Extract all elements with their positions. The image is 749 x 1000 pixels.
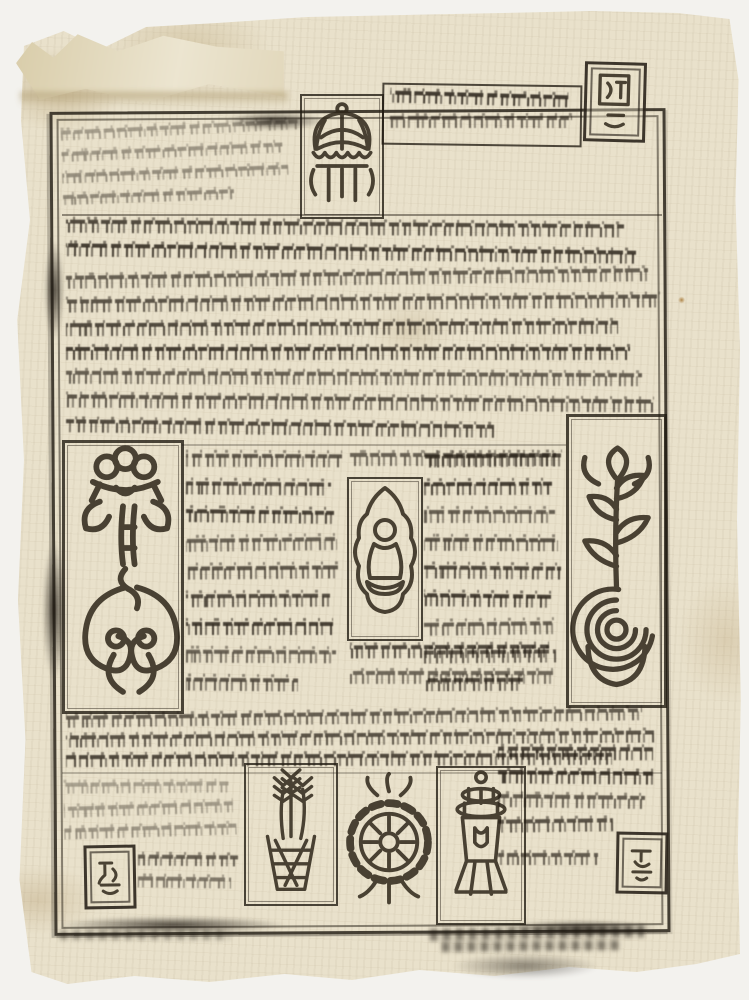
script-text: བདེན་ཚིག་གྲུབ་པའི་མཐུ། <box>186 505 334 524</box>
text-line: གྲོལ་ཞིང་བདེ་བ་དང་ལྡན། <box>186 590 330 608</box>
bottom-right-last-line: བ་ཀྲུ་ས། <box>498 850 604 865</box>
text-line: སྡེ་བཀླགས་པའི་བསོད་ནམས། <box>424 534 558 552</box>
script-text: བཀྲ་ཤིས་པའི་ཚེ་རིང་རྣམ་རྒྱལ་དབང་། <box>61 139 283 162</box>
scanned-manuscript-page: མ་པ་ཀ་ལུ་སྨུ་རད་མུད་རྨི། བེ་ར་ཧུ་ཏ་ད།ཕ་ཚ… <box>0 0 749 1000</box>
script-text: ཕྱོགས་བཅུའི་སངས་རྒྱས་བྱང་སེམས་ཐམས་ཅད་ཀྱི… <box>66 391 654 412</box>
header-title-box: མ་པ་ཀ་ལུ་སྨུ་རད་མུད་རྨི། བེ་ར་ཧུ་ཏ་ད།ཕ་ཚ… <box>382 83 583 148</box>
seal-text: དགེ <box>619 835 666 892</box>
script-text: ཨོཾ་ཨ་མ་ར་ཎི་ཛཱི་ཝན྄་ཏི་ཡེ། <box>424 449 562 467</box>
text-line: ཨོཾ་ཨ་མ་ར་ཎི་ཛཱི་ཝན྄་ཏི་ཡེ། <box>424 449 562 467</box>
top-main-text-block: ཡ་ཧང་གིས་སྨན་བླ་བདེ་གཤེགས་བདུན་གྱི་མཚན་བ… <box>66 219 660 444</box>
script-text: ཅིང་མཆོད་པ་ཕུལ་བས་ནད་གདོན་བར་ཆད་ཐམས་ཅད་ཞ… <box>66 240 636 263</box>
script-text: དཔག་ཏུ་མེད་པའི་མདོ། <box>424 506 555 523</box>
text-line: པར་ས་བར་ཁར་ར་ཡ་པ། ཡ་པ་ཧ་ཀ་ཞེ། <box>498 744 653 761</box>
script-text: བྱད་ཁ་ཕུར་ཁ་ཞི་བར་བྱེད། <box>64 820 237 839</box>
left-lotus-panel <box>62 440 184 714</box>
top-right-seal: ཤྲི <box>583 61 647 143</box>
rosette-medallion-icon <box>338 770 440 916</box>
script-text: དཔལ་འབྱོར་རླུང་རྟ་ཐམས་ཅད་ཡར་ངོའི་ཟླ་བཞིན… <box>66 344 630 360</box>
deity-figure-panel <box>347 477 423 641</box>
text-line: མ་པ་ཀ་ལུ་སྨུ་རད་མུད་རྨི། བེ་ར་ཧུ་ཏ་ད། <box>390 88 569 108</box>
horizontal-rule <box>182 444 566 446</box>
bottom-left-seal: ཕུར <box>83 845 136 910</box>
text-line: ཐམས་ཅད་སྡུག་བསྔལ་ལས། <box>186 561 341 579</box>
script-text: ཕྱོགས་ལས་རྣམ་པར་རྒྱལ། <box>424 645 557 663</box>
ink-smudge <box>442 940 620 952</box>
fold-crease-shadow <box>20 92 288 106</box>
wheat-sheaf-panel <box>244 763 338 906</box>
script-text: སྤྱི་ལོ་བཅུ་ཕྲག་ཀུན་ཏུ་བདེ་ལེགས་སུ་གནས་ཤ… <box>66 705 642 728</box>
script-text: རླུང་རྟ་དར་ཞིང་རྒྱས་པ། <box>424 617 554 636</box>
ink-blotch <box>44 240 64 340</box>
text-line: ཡ་ཧང་གིས་སྨན་བླ་བདེ་གཤེགས་བདུན་གྱི་མཚན་བ… <box>66 217 624 238</box>
script-text: ཐར་སྨུད་སྨུ་ར་བྲིན་ཡ་ར་རྒྱ་ཡུ་ཧ། ཕ། <box>498 791 645 809</box>
text-line: དཔལ་འབྱོར་རླུང་རྟ་ཐམས་ཅད་ཡར་ངོའི་ཟླ་བཞིན… <box>66 344 630 360</box>
script-text: གྲུབ་པའི་དངོས་གྲུབ་ཐོབ་པར་ཤོག <box>63 186 235 205</box>
text-line: ཕྱུག་དཔལ་འབྱོར་རྒྱས་པའི་མཐུ་ལས། <box>62 162 288 184</box>
seal-glyph-icon <box>93 854 128 901</box>
script-text: ཐུགས་རྗེའི་བྱིན་རླབས་དང་། <box>186 477 331 495</box>
script-text: ཨོཾ་མ་ཎི་པདྨེ་ཧཱུྃ་ཧྲཱིཿ ཨོཾ་ཨཱཿཧཱུྃ་བཛྲ… <box>66 265 648 289</box>
wheat-sheaf-icon <box>246 765 336 904</box>
bottom-left-text-block: སྲུང་བའི་འཁོར་ལོ་འདི་ཉིད།སྒོ་ཁང་གནས་སུ་བ… <box>63 777 240 847</box>
script-text: བཀྲ་ཤིས་དཔལ་འབར་ཤོག <box>424 674 523 691</box>
text-line: ཨོཾ་མ་ཎི་པདྨེ་ཧཱུྃ་ཧྲཱིཿ ཨོཾ་ཨཱཿཧཱུྃ་བཛྲ… <box>66 265 648 289</box>
script-text: ནད་མུག་འཁྲུགས་རྩོད་ཐམས་ཅད་ཞི་ནས་ལོ་ལེགས་… <box>66 368 642 387</box>
text-line: འཕགས་པ་འཇམ་དཔལ་གཞོན་ནུར་གྱུར་པ་ལ་ཕྱག་འཚལ… <box>66 291 660 312</box>
script-text: ལ་ཡ་ཕ་རེ་རི་ཀ་ཉིད་པ་ད་ཧ་མ་ཀྱི་ས་ཚེ། <box>498 767 657 784</box>
text-line: བཀྲ་ཤིས་བདེ་ལེགས་ཤོག <box>186 674 298 692</box>
script-text: པད་མོ་འཛིན་དཀའ། <box>138 852 238 867</box>
lotus-flower-icon <box>65 443 181 711</box>
text-line: བྱད་ཁ་ཕུར་ཁ་ཞི་བར་བྱེད། <box>64 820 237 839</box>
script-text: ཕྱུག་དཔལ་འབྱོར་རྒྱས་པའི་མཐུ་ལས། <box>62 162 288 184</box>
script-text: སྒོ་ཁང་གནས་སུ་བཞག་ན། <box>64 798 233 818</box>
text-line: ཕྱོགས་བཅུའི་སངས་རྒྱས་བྱང་སེམས་ཐམས་ཅད་ཀྱི… <box>66 391 654 412</box>
text-line: ཕ་ཚེ་ཚིལ་ག་ནི་བླ་མ་ཏ་ཧུ་རིའུ་ཝེད་ལས་སཾ <box>390 113 572 128</box>
text-line: ཅིང་མཆོད་པ་ཕུལ་བས་ནད་གདོན་བར་ཆད་ཐམས་ཅད་ཞ… <box>66 240 636 263</box>
text-line: འདི་བདེན་པའི་མཐུ་ལས་བདག་ཅག་དཔོན་སློབ་འཁོ… <box>66 318 618 336</box>
text-line: རླུང་རྟ་དར་ཞིང་རྒྱས་པ། <box>424 617 554 636</box>
text-line: ཨ་ཕུར་ཞི། <box>138 873 231 888</box>
text-line: བདེན་ཚིག་གྲུབ་པའི་མཐུ། <box>186 505 334 524</box>
script-text: འདི་བདེན་པའི་མཐུ་ལས་བདག་ཅག་དཔོན་སློབ་འཁོ… <box>66 318 618 336</box>
upper-left-text-block: ན་མོ་གུ་རུ་བྷྱཿ་བླ་མ་དམ་པ་རྣམས་ལ།བཀྲ་ཤིས… <box>61 118 302 214</box>
script-text: བསམ་པའི་དོན་ཀུན་འགྲུབ། <box>424 589 551 608</box>
script-text: ནད་གདོན་བར་ཆད་ཞི་བ། <box>186 618 333 635</box>
text-line: བཀྲ་ཤིས་དཔལ་འབར་ཤོག <box>424 674 523 691</box>
seal-glyph-icon <box>592 70 638 133</box>
text-line: སྲུང་བའི་འཁོར་ལོ་འདི་ཉིད། <box>63 778 229 793</box>
script-text: རྒྱལ་བ་སྲས་བཅས་རྣམས་ཀྱི། <box>186 450 342 468</box>
middle-right-text-block: ཨོཾ་ཨ་མ་ར་ཎི་ཛཱི་ཝན྄་ཏི་ཡེ།སྭཱ་ཧཱ། ཚེ་དང… <box>424 450 562 702</box>
script-text: ཨ་ཕུར་ཞི། <box>138 873 231 888</box>
script-text: སྭཱ་ཧཱ། ཚེ་དང་ཡེ་ཤེས། <box>424 478 552 496</box>
script-text: མ་པ་ཀ་ལུ་སྨུ་རད་མུད་རྨི། བེ་ར་ཧུ་ཏ་ད། <box>390 88 569 108</box>
rose-bouquet-icon <box>569 417 664 705</box>
text-line: ཐུགས་རྗེའི་བྱིན་རླབས་དང་། <box>186 477 331 495</box>
text-line: པད་མོ་འཛིན་དཀའ། <box>138 852 238 867</box>
script-text: ཚེ་བསོད་དཔལ་འབྱོར་རྒྱས། <box>186 646 336 664</box>
text-line: ཚེ་བསོད་དཔལ་འབྱོར་རྒྱས། <box>186 646 336 664</box>
right-bouquet-panel <box>566 414 667 708</box>
text-line: བ་ཀྲུ་ས། <box>498 850 598 865</box>
script-text: སྡེ་བཀླགས་པའི་བསོད་ནམས། <box>424 534 558 552</box>
text-line: བསམ་པའི་དོན་ཀུན་འགྲུབ། <box>424 589 551 608</box>
script-text: ཕ་ཚེ་ཚིལ་ག་ནི་བླ་མ་ཏ་ཧུ་རིའུ་ཝེད་ལས་སཾ <box>390 113 572 128</box>
seal-text: ཤྲི <box>586 64 644 139</box>
text-line: བདེན་པའི་མཐུ་ལས་བསམ་དོན་ཆོས་བཞིན་འགྲུབ་པ… <box>66 416 494 438</box>
text-line: ཀྱིས་ཚེ་རིང་ནད་མེད་ཅིང་། <box>424 561 561 579</box>
script-text: གྲོལ་ཞིང་བདེ་བ་དང་ལྡན། <box>186 590 330 608</box>
script-text: སྲུང་བའི་འཁོར་ལོ་འདི་ཉིད། <box>63 778 229 793</box>
text-line: སྭཱ་ཧཱ། ཚེ་དང་ཡེ་ཤེས། <box>424 478 552 496</box>
bottom-right-text-block: པར་ས་བར་ཁར་ར་ཡ་པ། ཡ་པ་ཧ་ཀ་ཞེ།ལ་ཡ་ཕ་རེ་རི… <box>498 744 658 840</box>
rosette-medallion <box>338 770 440 916</box>
text-line: ལ་ཡ་ཕ་རེ་རི་ཀ་ཉིད་པ་ད་ཧ་མ་ཀྱི་ས་ཚེ། <box>498 767 657 784</box>
seated-deity-icon <box>349 479 421 639</box>
ink-blotch <box>225 112 325 130</box>
text-line: ཐར་སྨུད་སྨུ་ར་བྲིན་ཡ་ར་རྒྱ་ཡུ་ཧ། ཕ། <box>498 791 645 809</box>
text-line: གྲུབ་པའི་དངོས་གྲུབ་ཐོབ་པར་ཤོག <box>63 186 235 205</box>
bottom-right-seal: དགེ <box>615 832 668 895</box>
script-text: ཞུན་ཡོ་རི་ཕྱུག་ཞི་ཧ་པ་ཛྲ། <box>498 815 613 833</box>
text-line: ལས་འགྲོ་དྲུག་སེམས་ཅན། <box>186 533 338 552</box>
text-line: རྒྱལ་བ་སྲས་བཅས་རྣམས་ཀྱི། <box>186 450 342 468</box>
script-text: ལས་འགྲོ་དྲུག་སེམས་ཅན། <box>186 533 338 552</box>
script-text: ཐམས་ཅད་སྡུག་བསྔལ་ལས། <box>186 561 341 579</box>
text-line: ཕྱོགས་ལས་རྣམ་པར་རྒྱལ། <box>424 645 557 663</box>
middle-left-text-block: རྒྱལ་བ་སྲས་བཅས་རྣམས་ཀྱི།ཐུགས་རྗེའི་བྱིན་… <box>186 450 342 702</box>
text-line: ནད་གདོན་བར་ཆད་ཞི་བ། <box>186 618 333 635</box>
script-text: འཕགས་པ་འཇམ་དཔལ་གཞོན་ནུར་གྱུར་པ་ལ་ཕྱག་འཚལ… <box>66 291 660 312</box>
ink-smudge <box>60 930 230 940</box>
text-line: དཔག་ཏུ་མེད་པའི་མདོ། <box>424 506 555 523</box>
text-line: ཞུན་ཡོ་རི་ཕྱུག་ཞི་ཧ་པ་ཛྲ། <box>498 815 613 833</box>
text-line: ནད་མུག་འཁྲུགས་རྩོད་ཐམས་ཅད་ཞི་ནས་ལོ་ལེགས་… <box>66 368 642 387</box>
seal-glyph-icon <box>625 841 660 886</box>
script-text: བདེན་པའི་མཐུ་ལས་བསམ་དོན་ཆོས་བཞིན་འགྲུབ་པ… <box>66 416 494 438</box>
bottom-left-seal-caption: པད་མོ་འཛིན་དཀའ།ཨ་ཕུར་ཞི། <box>138 852 238 896</box>
script-text: པར་ས་བར་ཁར་ར་ཡ་པ། ཡ་པ་ཧ་ཀ་ཞེ། <box>498 744 653 761</box>
ink-blotch <box>42 540 66 680</box>
text-line: སྤྱི་ལོ་བཅུ་ཕྲག་ཀུན་ཏུ་བདེ་ལེགས་སུ་གནས་ཤ… <box>66 705 642 728</box>
header-text-block: མ་པ་ཀ་ལུ་སྨུ་རད་མུད་རྨི། བེ་ར་ཧུ་ཏ་ད།ཕ་ཚ… <box>390 89 575 130</box>
text-line: སྒོ་ཁང་གནས་སུ་བཞག་ན། <box>64 798 233 818</box>
script-text: ཀྱིས་ཚེ་རིང་ནད་མེད་ཅིང་། <box>424 561 561 579</box>
script-text: བཀྲ་ཤིས་བདེ་ལེགས་ཤོག <box>186 674 298 692</box>
script-text: བ་ཀྲུ་ས། <box>498 850 598 865</box>
seal-text: ཕུར <box>86 848 133 907</box>
ink-smudge <box>450 953 600 979</box>
text-line: བཀྲ་ཤིས་པའི་ཚེ་རིང་རྣམ་རྒྱལ་དབང་། <box>61 139 283 162</box>
script-text: ཡ་ཧང་གིས་སྨན་བླ་བདེ་གཤེགས་བདུན་གྱི་མཚན་བ… <box>66 217 624 238</box>
